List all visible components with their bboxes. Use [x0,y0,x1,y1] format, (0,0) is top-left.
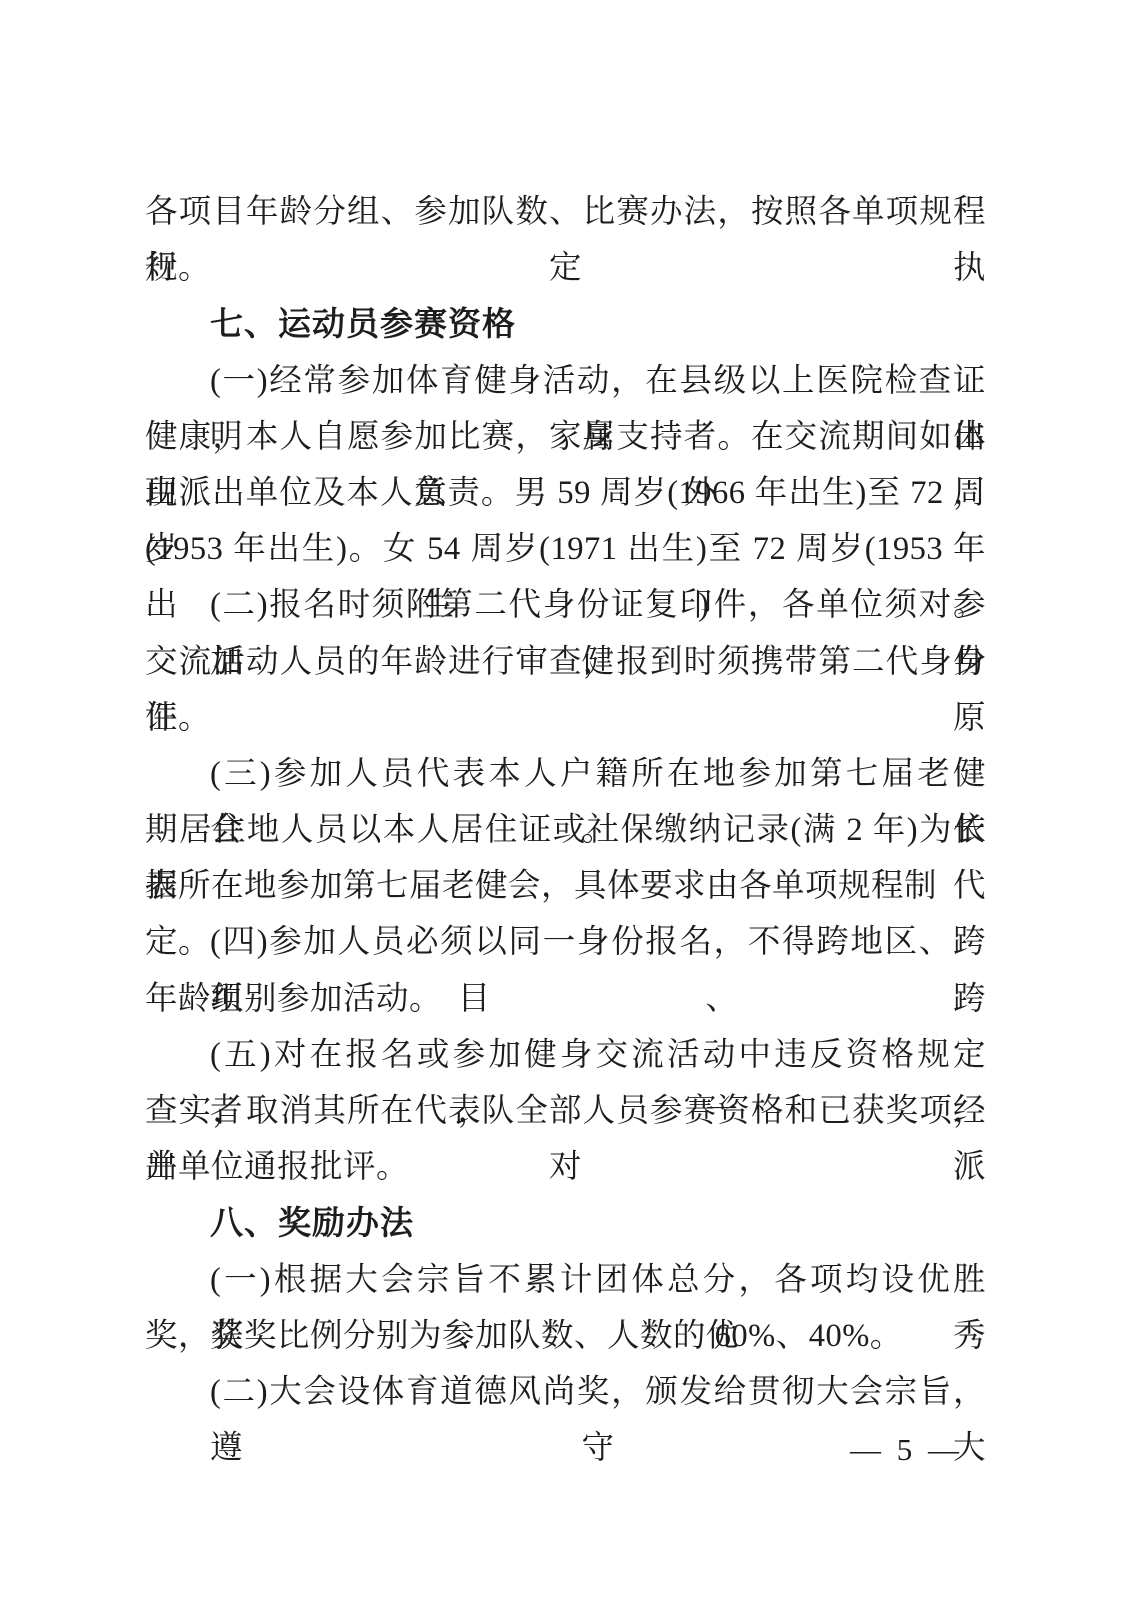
text-line: (二)大会设体育道德风尚奖，颁发给贯彻大会宗旨，遵守大 [145,1364,986,1420]
text-line: 期居住地人员以本人居住证或社保缴纳记录(满 2 年)为依据代 [145,802,986,858]
section-heading-7: 七、运动员参赛资格 [145,296,986,352]
document-body: 各项目年龄分组、参加队数、比赛办法，按照各单项规程规定执 行。 七、运动员参赛资… [145,184,986,1420]
text-line: (五)对在报名或参加健身交流活动中违反资格规定者，一经 [145,1027,986,1083]
text-line: (三)参加人员代表本人户籍所在地参加第七届老健会。长 [145,746,986,802]
text-line: 表所在地参加第七届老健会，具体要求由各单项规程制定。 [145,858,986,914]
text-line: (二)报名时须附第二代身份证复印件，各单位须对参加健身 [145,577,986,633]
document-page: 各项目年龄分组、参加队数、比赛办法，按照各单项规程规定执 行。 七、运动员参赛资… [0,0,1131,1600]
text-line: 交流活动人员的年龄进行审查，报到时须携带第二代身份证原 [145,634,986,690]
text-line: 查实，取消其所在代表队全部人员参赛资格和已获奖项，并对派 [145,1083,986,1139]
text-line: (一)经常参加体育健身活动，在县级以上医院检查证明身体 [145,353,986,409]
page-number: — 5 — [850,1430,963,1470]
text-line: 由派出单位及本人负责。男 59 周岁(1966 年出生)至 72 周岁 [145,465,986,521]
text-line: (一)根据大会宗旨不累计团体总分，各项均设优胜奖、优秀 [145,1252,986,1308]
text-line: 健康，本人自愿参加比赛，家属支持者。在交流期间如出现意外， [145,409,986,465]
section-heading-8: 八、奖励办法 [145,1195,986,1251]
text-line: (四)参加人员必须以同一身份报名，不得跨地区、跨项目、跨 [145,914,986,970]
text-line: 各项目年龄分组、参加队数、比赛办法，按照各单项规程规定执 [145,184,986,240]
text-line: 奖，获奖比例分别为参加队数、人数的 60%、40%。 [145,1308,986,1364]
text-line: (1953 年出生)。女 54 周岁(1971 出生)至 72 周岁(1953 … [145,521,986,577]
